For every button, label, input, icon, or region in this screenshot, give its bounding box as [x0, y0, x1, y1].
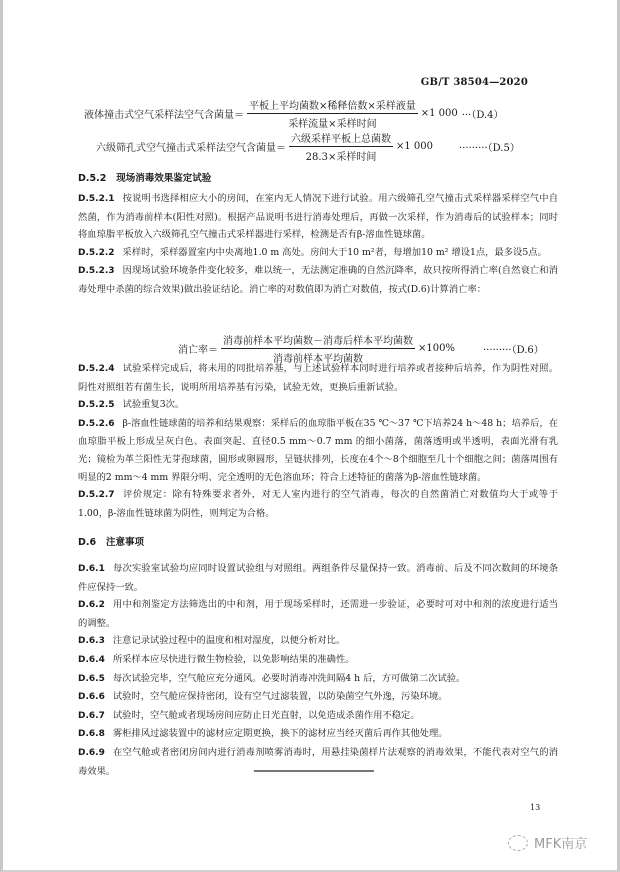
- clause: D.6.3注意记录试验过程中的温度和相对湿度，以便分析对比。: [78, 632, 558, 651]
- section-d52-body-a: D.5.2.1按说明书选择相应大小的房间，在室内无人情况下进行试验。用六级筛孔空…: [78, 190, 558, 299]
- multiplier: ×1 000: [421, 108, 458, 119]
- clause-text: 按说明书选择相应大小的房间，在室内无人情况下进行试验。用六级筛孔空气撞击式采样器…: [78, 193, 558, 240]
- standard-number: GB/T 38504—2020: [421, 77, 528, 88]
- clause-number: D.5.2.4: [78, 364, 115, 374]
- clause-text: 每次试验完毕，空气舱应充分通风。必要时消毒冲洗间隔4 h 后，方可做第二次试验。: [113, 673, 466, 684]
- clause-text: 试验采样完成后，将未用的同批培养基，与上述试验样本同时进行培养或者接种后培养，作…: [78, 363, 558, 393]
- clause: D.6.9在空气舱或者密闭房间内进行消毒剂喷雾消毒时，用悬挂染菌样片法观察的消毒…: [78, 744, 558, 780]
- clause: D.5.2.4试验采样完成后，将未用的同批培养基，与上述试验样本同时进行培养或者…: [78, 360, 558, 396]
- clause-text: 试验重复3次。: [123, 399, 185, 410]
- clause-text: 采样时，采样器置室内中央离地1.0 m 高处。房间大于10 m²者，每增加10 …: [123, 247, 547, 258]
- section-d52-body-b: D.5.2.4试验采样完成后，将未用的同批培养基，与上述试验样本同时进行培养或者…: [78, 360, 558, 522]
- clause-number: D.6.2: [78, 600, 105, 610]
- clause: D.5.2.2采样时，采样器置室内中央离地1.0 m 高处。房间大于10 m²者…: [78, 244, 558, 263]
- clause-number: D.5.2.3: [78, 266, 115, 276]
- formula-lhs: 六级筛孔式空气撞击式采样法空气含菌量＝: [96, 139, 286, 154]
- equation-number: ·········（D.5）: [459, 139, 520, 154]
- clause-number: D.5.2.5: [78, 400, 115, 410]
- clause-text: 雾柜排风过滤装置中的滤材应定期更换，换下的滤材应当经灭菌后再作其他处理。: [113, 728, 448, 739]
- heading-title: 注意事项: [106, 537, 144, 548]
- formula-d4: 液体撞击式空气采样法空气含菌量＝ 平板上平均菌数×稀释倍数×采样液量采样流量×采…: [84, 97, 504, 130]
- heading-title: 现场消毒效果鉴定试验: [116, 173, 211, 184]
- clause-number: D.5.2.6: [78, 419, 115, 429]
- clause: D.5.2.6β-溶血性链球菌的培养和结果观察：采样后的血琼脂平板在35 ℃～3…: [78, 415, 558, 486]
- clause: D.6.4所采样本应尽快进行微生物检验，以免影响结果的准确性。: [78, 651, 558, 670]
- clause-number: D.6.5: [78, 674, 105, 684]
- heading-number: D.6: [78, 537, 96, 548]
- clause: D.6.8雾柜排风过滤装置中的滤材应定期更换，换下的滤材应当经灭菌后再作其他处理…: [78, 725, 558, 744]
- clause-text: 因现场试验环境条件变化较多，难以统一，无法测定准确的自然沉降率，故只按所得消亡率…: [78, 265, 558, 295]
- clause-number: D.6.3: [78, 636, 105, 646]
- clause-text: β-溶血性链球菌的培养和结果观察：采样后的血琼脂平板在35 ℃～37 ℃下培养2…: [78, 418, 558, 483]
- formula-lhs: 消亡率＝: [178, 341, 218, 356]
- clause: D.5.2.7评价规定：除有特殊要求者外，对无人室内进行的空气消毒，每次的自然菌…: [78, 486, 558, 522]
- clause: D.5.2.1按说明书选择相应大小的房间，在室内无人情况下进行试验。用六级筛孔空…: [78, 190, 558, 244]
- section-d6-body: D.6.1每次实验室试验均应同时设置试验组与对照组。两组条件尽量保持一致。消毒前…: [78, 560, 558, 780]
- clause: D.5.2.5试验重复3次。: [78, 396, 558, 415]
- clause: D.6.1每次实验室试验均应同时设置试验组与对照组。两组条件尽量保持一致。消毒前…: [78, 560, 558, 596]
- clause: D.6.6试验时，空气舱应保持密闭，设有空气过滤装置，以防染菌空气外逸，污染环境…: [78, 688, 558, 707]
- numerator: 消毒前样本平均菌数－消毒后样本平均菌数: [221, 332, 415, 349]
- clause-text: 试验时，空气舱应保持密闭，设有空气过滤装置，以防染菌空气外逸，污染环境。: [113, 691, 448, 702]
- clause-number: D.6.1: [78, 564, 105, 574]
- watermark: MFK南京: [508, 833, 587, 852]
- denominator: 28.3×采样时间: [306, 147, 377, 163]
- end-rule-divider: [254, 770, 374, 772]
- clause-number: D.6.8: [78, 729, 105, 739]
- clause: D.6.5每次试验完毕，空气舱应充分通风。必要时消毒冲洗间隔4 h 后，方可做第…: [78, 670, 558, 689]
- clause-number: D.6.7: [78, 711, 105, 721]
- clause-number: D.6.4: [78, 655, 105, 665]
- clause-text: 试验时，空气舱或者现场房间应防止日光直射，以免造成杀菌作用不稳定。: [113, 710, 420, 721]
- numerator: 平板上平均菌数×稀释倍数×采样液量: [247, 97, 418, 114]
- clause-text: 在空气舱或者密闭房间内进行消毒剂喷雾消毒时，用悬挂染菌样片法观察的消毒效果，不能…: [78, 747, 558, 777]
- equation-number: ·········（D.6）: [483, 341, 544, 356]
- clause-text: 所采样本应尽快进行微生物检验，以免影响结果的准确性。: [113, 654, 355, 665]
- section-heading-d52: D.5.2 现场消毒效果鉴定试验: [78, 170, 211, 184]
- denominator: 采样流量×采样时间: [288, 114, 376, 130]
- numerator: 六级采样平板上总菌数: [289, 130, 393, 147]
- clause-number: D.5.2.1: [78, 194, 115, 204]
- section-heading-d6: D.6 注意事项: [78, 534, 144, 548]
- clause-text: 评价规定：除有特殊要求者外，对无人室内进行的空气消毒，每次的自然菌消亡对数值均大…: [78, 489, 558, 519]
- heading-number: D.5.2: [78, 173, 106, 184]
- clause-number: D.6.9: [78, 748, 105, 758]
- wechat-icon: [508, 835, 528, 851]
- equation-number: ···（D.4）: [462, 106, 504, 121]
- multiplier: ×100%: [418, 343, 455, 354]
- clause-number: D.5.2.2: [78, 248, 115, 258]
- clause-text: 注意记录试验过程中的温度和相对湿度，以便分析对比。: [113, 635, 345, 646]
- multiplier: ×1 000: [396, 141, 433, 152]
- clause-number: D.6.6: [78, 692, 105, 702]
- clause-text: 用中和剂鉴定方法筛选出的中和剂，用于现场采样时，还需进一步验证，必要时可对中和剂…: [78, 599, 558, 629]
- page-number: 13: [530, 803, 540, 812]
- clause-number: D.5.2.7: [78, 490, 115, 500]
- formula-lhs: 液体撞击式空气采样法空气含菌量＝: [84, 106, 244, 121]
- clause-text: 每次实验室试验均应同时设置试验组与对照组。两组条件尽量保持一致。消毒前、后及不同…: [78, 563, 558, 593]
- watermark-text: MFK南京: [534, 833, 587, 852]
- formula-d5: 六级筛孔式空气撞击式采样法空气含菌量＝ 六级采样平板上总菌数28.3×采样时间 …: [96, 130, 520, 163]
- clause: D.5.2.3因现场试验环境条件变化较多，难以统一，无法测定准确的自然沉降率，故…: [78, 262, 558, 298]
- clause: D.6.7试验时，空气舱或者现场房间应防止日光直射，以免造成杀菌作用不稳定。: [78, 707, 558, 726]
- clause: D.6.2用中和剂鉴定方法筛选出的中和剂，用于现场采样时，还需进一步验证，必要时…: [78, 596, 558, 632]
